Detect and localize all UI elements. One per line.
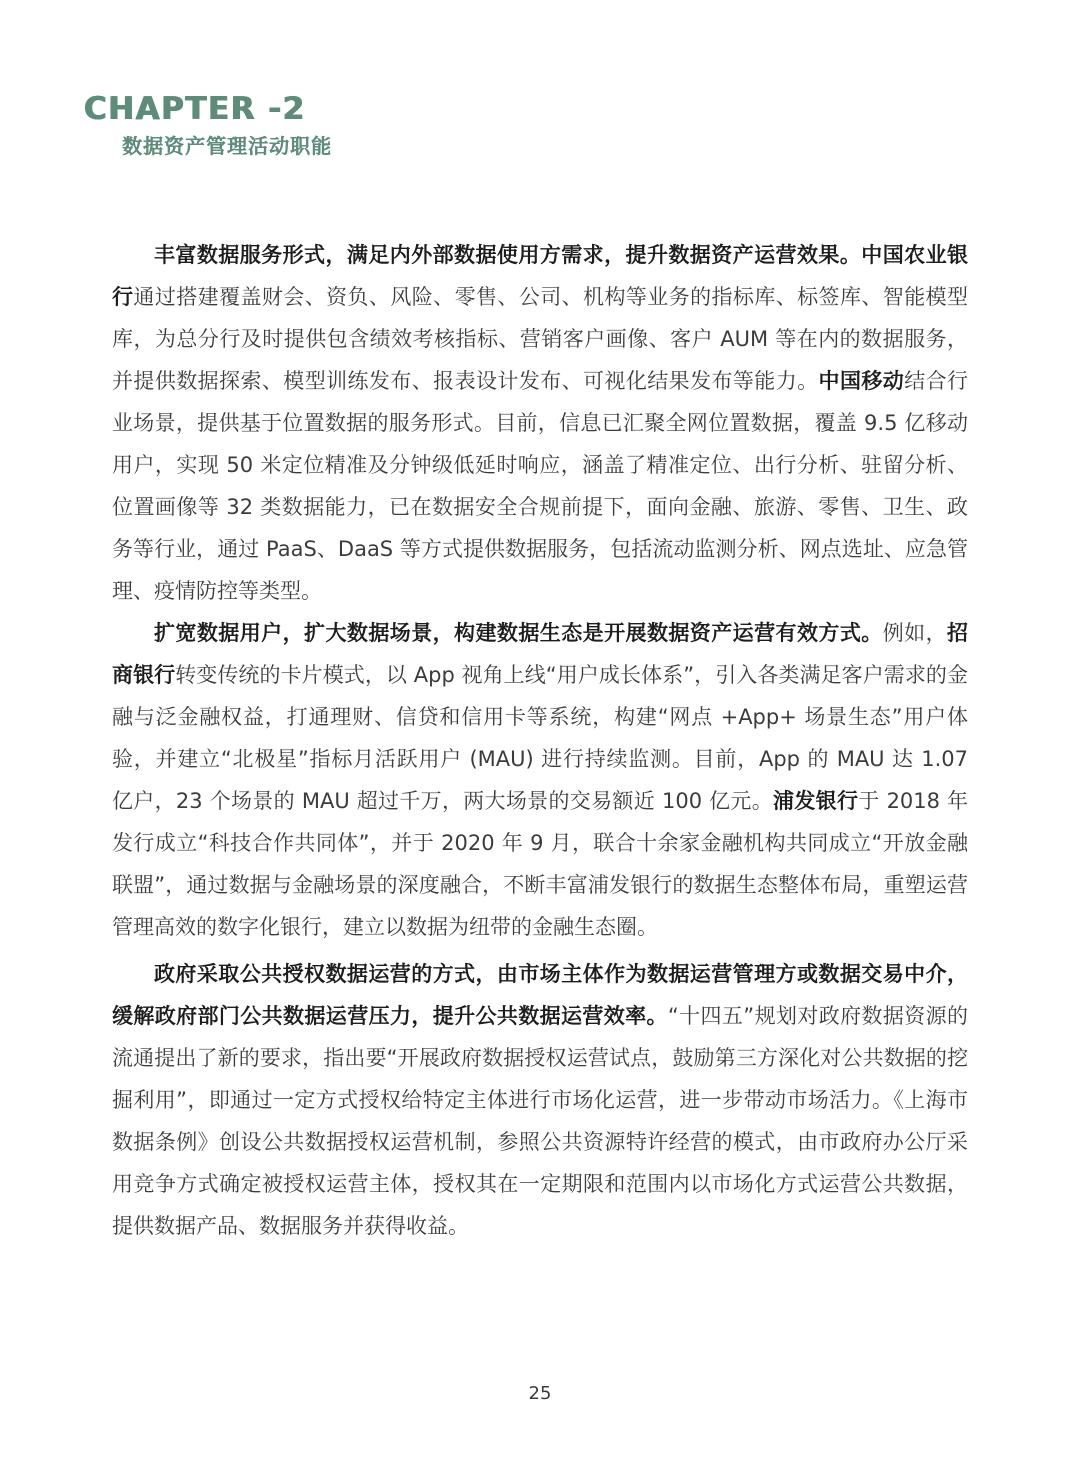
paragraph-2: 扩宽数据用户，扩大数据场景，构建数据生态是开展数据资产运营有效方式。例如，招商银… (112, 612, 968, 948)
bold-text-run: 浦发银行 (773, 789, 858, 813)
bold-text-run: 扩宽数据用户，扩大数据场景，构建数据生态是开展数据资产运营有效方式。 (154, 621, 883, 645)
chapter-header: CHAPTER -2 数据资产管理活动职能 (84, 92, 332, 158)
document-page: CHAPTER -2 数据资产管理活动职能 丰富数据服务形式，满足内外部数据使用… (0, 0, 1080, 1466)
text-run: “十四五”规划对政府数据资源的流通提出了新的要求，指出要“开展政府数据授权运营试… (112, 1004, 968, 1238)
body-text: 丰富数据服务形式，满足内外部数据使用方需求，提升数据资产运营效果。中国农业银行通… (112, 234, 968, 1247)
chapter-subtitle: 数据资产管理活动职能 (122, 134, 332, 158)
paragraph-3: 政府采取公共授权数据运营的方式，由市场主体作为数据运营管理方或数据交易中介，缓解… (112, 953, 968, 1247)
text-run: 结合行业场景，提供基于位置数据的服务形式。目前，信息已汇聚全网位置数据，覆盖 9… (112, 369, 968, 603)
bold-text-run: 中国移动 (819, 369, 905, 393)
chapter-title: CHAPTER -2 (84, 92, 332, 126)
page-number: 25 (0, 1383, 1080, 1404)
text-run: 例如， (883, 621, 947, 645)
paragraph-1: 丰富数据服务形式，满足内外部数据使用方需求，提升数据资产运营效果。中国农业银行通… (112, 234, 968, 612)
